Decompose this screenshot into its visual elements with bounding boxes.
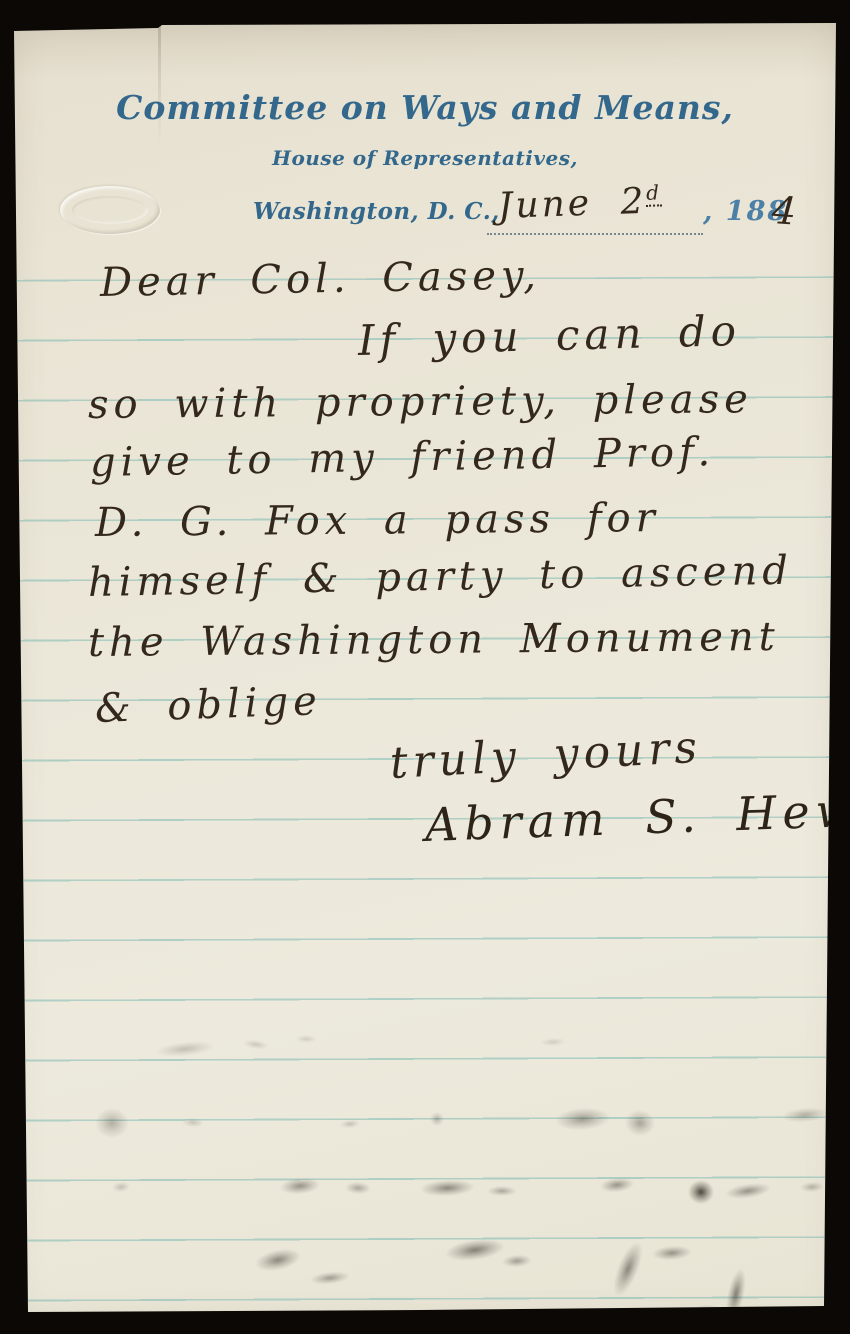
fold-crease bbox=[158, 26, 161, 146]
handwritten-ordinal: d bbox=[646, 180, 663, 207]
date-dotted-rule bbox=[487, 233, 703, 235]
letterhead-title: Committee on Ways and Means, bbox=[14, 88, 836, 127]
body-line: D. G. Fox a pass for bbox=[95, 495, 660, 546]
handwritten-day: June 2 bbox=[497, 181, 647, 227]
letterhead-place: Washington, D. C., bbox=[253, 198, 500, 225]
ink-smudge bbox=[430, 1112, 444, 1126]
handwritten-date: June 2d bbox=[497, 180, 663, 227]
paper-top-shading bbox=[14, 23, 836, 78]
salutation: Dear Col. Casey, bbox=[100, 252, 542, 306]
ink-smudge bbox=[95, 1108, 129, 1138]
handwritten-year-digit: 4 bbox=[770, 188, 802, 234]
ink-smudge bbox=[688, 1180, 714, 1204]
ink-smudge bbox=[295, 1035, 317, 1043]
embossed-seal-inner bbox=[72, 196, 148, 224]
ink-smudge bbox=[487, 1186, 517, 1196]
letterhead-subtitle: House of Representatives, bbox=[14, 146, 836, 170]
body-line: If you can do bbox=[357, 306, 741, 365]
body-line: & oblige bbox=[94, 678, 322, 732]
body-line: so with propriety, please bbox=[88, 376, 753, 428]
letter-paper: Committee on Ways and Means, House of Re… bbox=[0, 0, 850, 1334]
embossed-oval-seal bbox=[60, 186, 160, 234]
ink-smudge bbox=[693, 1305, 723, 1315]
body-line: the Washington Monument bbox=[88, 614, 780, 666]
scanned-letter-page: Committee on Ways and Means, House of Re… bbox=[0, 0, 850, 1334]
